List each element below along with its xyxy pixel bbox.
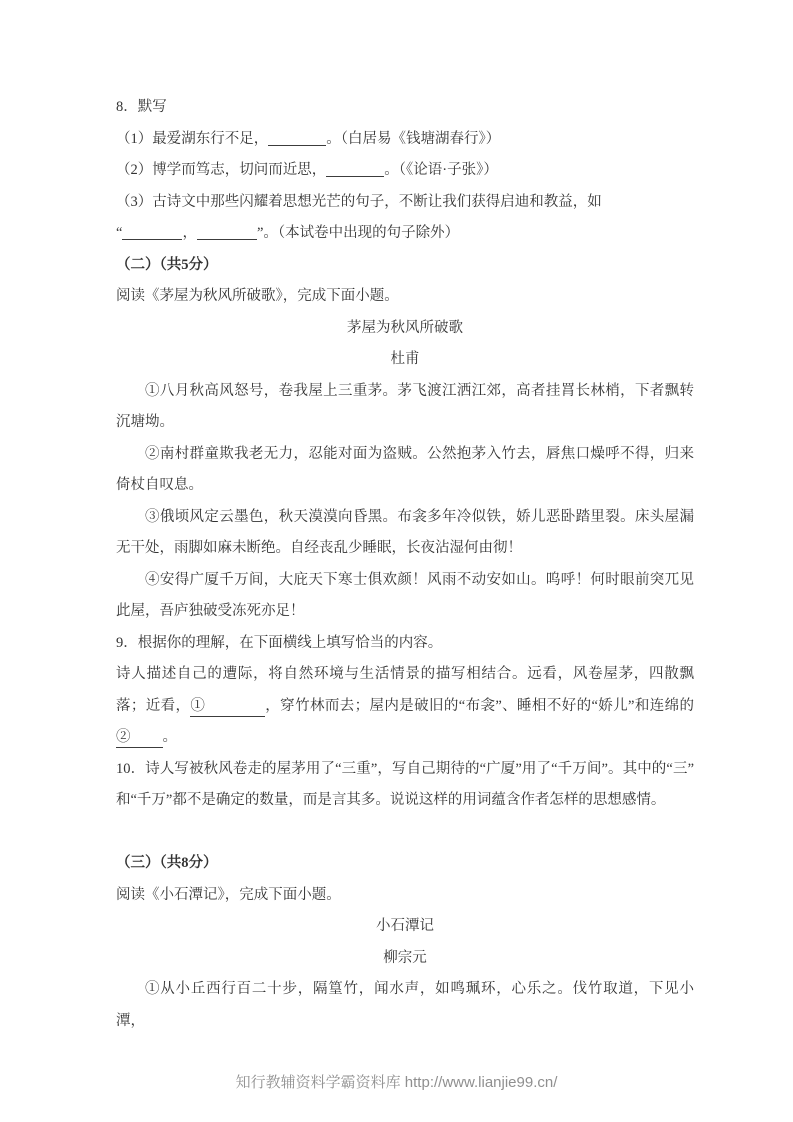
q8-label: 8．默写 <box>116 92 694 124</box>
q8-item-3-line2: “，”。（本试卷中出现的句子除外） <box>116 218 694 250</box>
section3-intro: 阅读《小石潭记》，完成下面小题。 <box>116 880 694 912</box>
footer-watermark: 知行教辅资料学霸资料库 http://www.lianjie99.cn/ <box>0 1067 793 1098</box>
q9-seg3: 。 <box>163 729 178 745</box>
q8-item-2-pre: （2）博学而笃志，切问而近思， <box>116 162 326 178</box>
section2-header: （二）（共5分） <box>116 250 694 282</box>
poem-paragraph-4: ④安得广厦千万间，大庇天下寒士俱欢颜！风雨不动安如山。呜呼！何时眼前突兀见此屋，… <box>116 565 694 628</box>
essay-paragraph-1: ①从小丘西行百二十步，隔篁竹，闻水声，如鸣珮环，心乐之。伐竹取道，下见小潭， <box>116 974 694 1037</box>
answer-blank-q8-1 <box>268 131 326 146</box>
q9-label: 9．根据你的理解，在下面横线上填写恰当的内容。 <box>116 628 694 660</box>
poem-paragraph-3: ③俄顷风定云墨色，秋天漠漠向昏黑。布衾多年冷似铁，娇儿恶卧踏里裂。床头屋漏无干处… <box>116 502 694 565</box>
q10-text: 10．诗人写被秋风卷走的屋茅用了“三重”，写自己期待的“广厦”用了“千万间”。其… <box>116 754 694 817</box>
exam-paper-page: { "q8": { "label": "8．默写", "item1": { "p… <box>0 0 793 1122</box>
poem-title: 茅屋为秋风所破歌 <box>116 313 694 345</box>
essay-author: 柳宗元 <box>116 943 694 975</box>
q8-item-3-line1: （3）古诗文中那些闪耀着思想光芒的句子，不断让我们获得启迪和教益，如 <box>116 187 694 219</box>
q8-item-2: （2）博学而笃志，切问而近思，。（《论语·子张》） <box>116 155 694 187</box>
blank-marker-1: ① <box>190 698 205 714</box>
essay-title: 小石潭记 <box>116 911 694 943</box>
answer-blank-q8-3a <box>122 225 182 240</box>
close-quote-note: ”。（本试卷中出现的句子除外） <box>257 225 459 241</box>
answer-blank-q9-1: ① <box>190 696 265 717</box>
poem-paragraph-2: ②南村群童欺我老无力，忍能对面为盗贼。公然抱茅入竹去，唇焦口燥呼不得，归来倚杖自… <box>116 439 694 502</box>
q9-body: 诗人描述自己的遭际，将自然环境与生活情景的描写相结合。远看，风卷屋茅，四散飘落；… <box>116 659 694 754</box>
answer-blank-q8-2 <box>326 162 384 177</box>
poem-author: 杜甫 <box>116 344 694 376</box>
q8-item-1-pre: （1）最爱湖东行不足， <box>116 131 268 147</box>
document-body: 8．默写 （1）最爱湖东行不足，。（白居易《钱塘湖春行》） （2）博学而笃志，切… <box>0 0 793 1037</box>
answer-blank-q8-3b <box>197 225 257 240</box>
poem-paragraph-1: ①八月秋高风怒号，卷我屋上三重茅。茅飞渡江洒江郊，高者挂罥长林梢，下者飘转沉塘坳… <box>116 376 694 439</box>
q9-seg2: ，穿竹林而去；屋内是破旧的“布衾”、睡相不好的“娇儿”和连绵的 <box>265 698 694 714</box>
section2-intro: 阅读《茅屋为秋风所破歌》，完成下面小题。 <box>116 281 694 313</box>
q8-item-2-post: 。（《论语·子张》） <box>384 162 498 178</box>
q8-item-1-post: 。（白居易《钱塘湖春行》） <box>326 131 500 147</box>
section3-header: （三）（共8分） <box>116 848 694 880</box>
comma: ， <box>182 225 197 241</box>
q8-item-1: （1）最爱湖东行不足，。（白居易《钱塘湖春行》） <box>116 124 694 156</box>
blank-marker-2: ② <box>116 729 131 745</box>
answer-blank-q9-2: ② <box>116 727 163 748</box>
